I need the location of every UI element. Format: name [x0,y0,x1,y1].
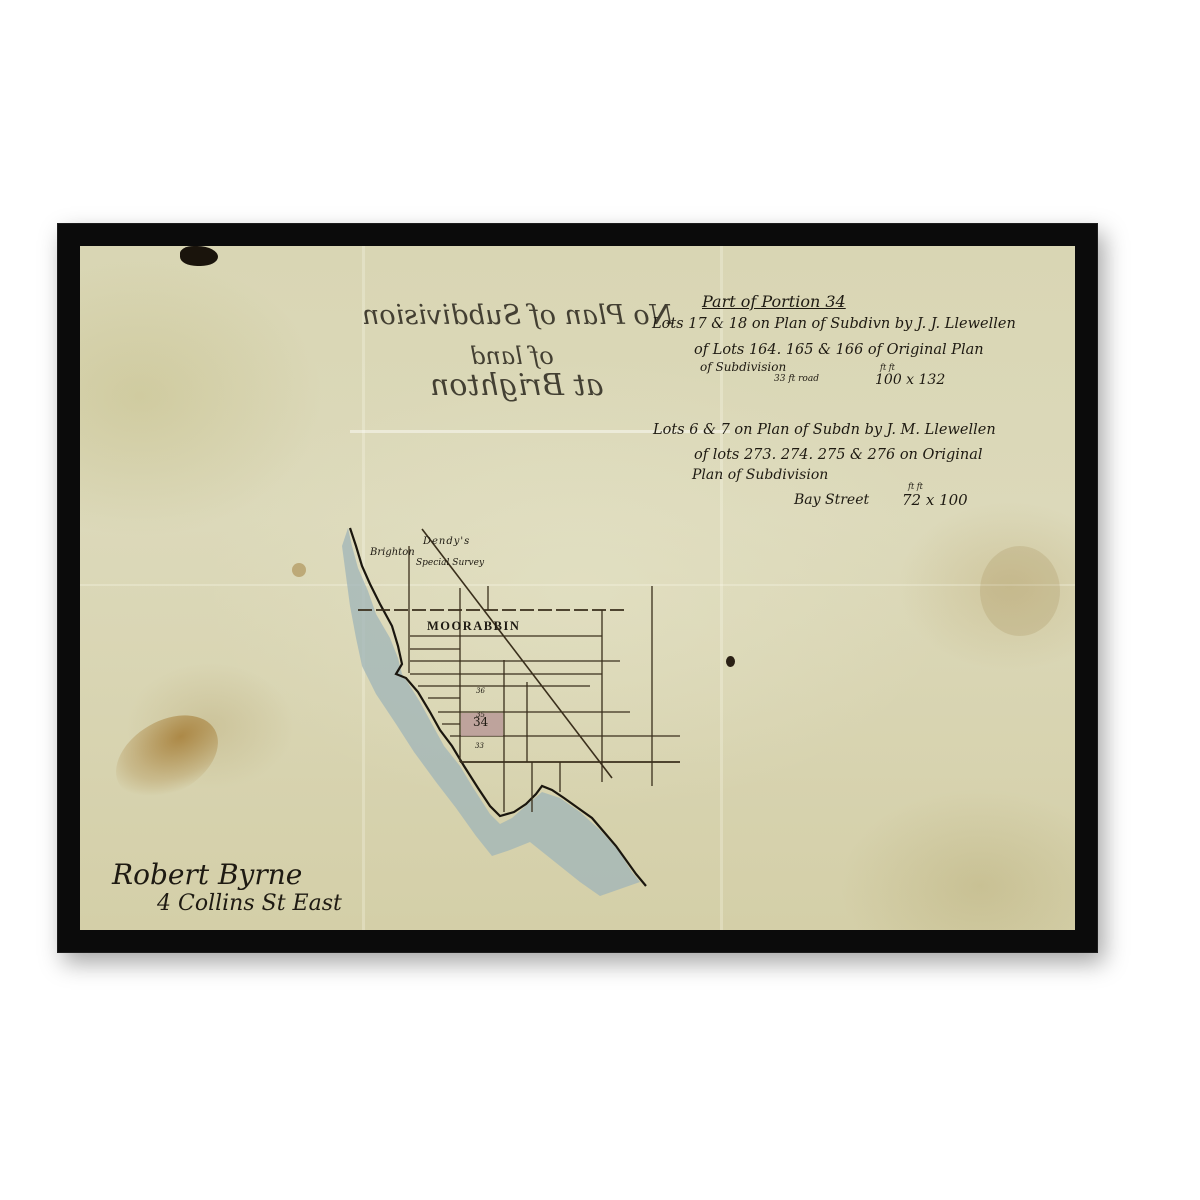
mirrored-title-line1: No Plan of Subdivision [362,300,673,331]
mirrored-title-line2: of land [470,342,554,370]
annotation-entry1-dimensions: 100 x 132 [875,372,945,388]
annotation-entry1-line2: of Lots 164. 165 & 166 of Original Plan [694,342,984,358]
map-label-brighton: Brighton [370,547,415,558]
annotation-entry2-line1: Lots 6 & 7 on Plan of Subdn by J. M. Lle… [653,422,996,438]
annotation-entry1-line3: of Subdivision [700,360,786,374]
mirrored-title-line3: at Brighton [430,368,603,403]
lot-label-33: 33 [475,742,484,750]
annotation-entry2-dimensions: 72 x 100 [902,491,968,509]
aged-paper-document: Brighton Dendy's Special Survey MOORABBI… [80,246,1075,930]
picture-frame: Brighton Dendy's Special Survey MOORABBI… [57,223,1098,953]
annotation-entry2-line2: of lots 273. 274. 275 & 276 on Original [694,447,983,463]
map-label-special-survey: Special Survey [416,558,484,568]
annotation-entry1-road: 33 ft road [774,374,819,384]
annotation-entry1-line1: Lots 17 & 18 on Plan of Subdivn by J. J.… [652,316,1016,332]
map-label-dendys: Dendy's [423,536,470,547]
annotation-entry2-line3: Plan of Subdivision [692,467,828,483]
map-region-label-moorabbin: MOORABBIN [427,619,520,634]
signature-name: Robert Byrne [112,858,302,891]
annotation-entry2-street: Bay Street [794,492,869,508]
lot-label-34: 34 [473,715,488,729]
signature-address: 4 Collins St East [157,891,342,916]
lot-label-36: 36 [476,687,485,695]
annotation-entry2-units: ft ft [908,482,923,491]
annotation-heading: Part of Portion 34 [702,292,846,311]
annotation-entry1-units: ft ft [880,363,895,372]
